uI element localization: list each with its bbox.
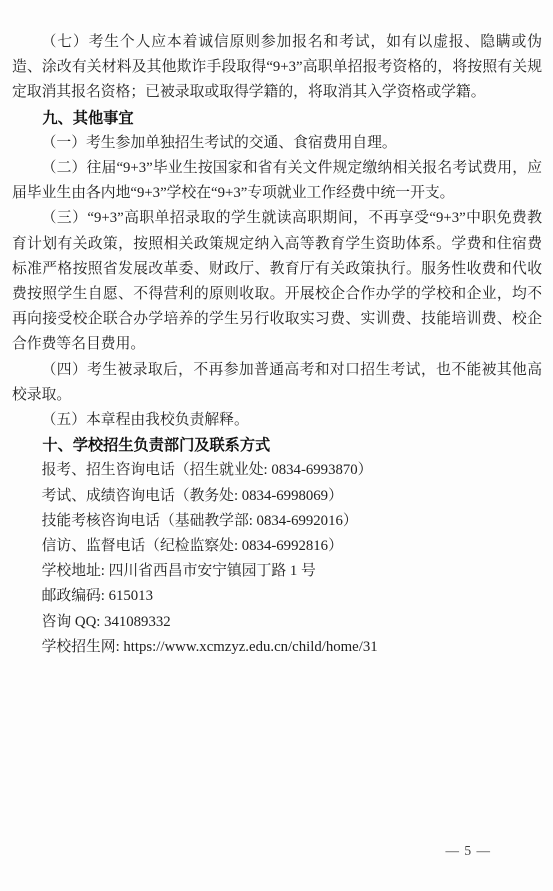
contact-line-school-address: 学校地址: 四川省西昌市安宁镇园丁路 1 号 (12, 559, 542, 584)
paragraph-other-5-interpretation: （五）本章程由我校负责解释。 (12, 408, 542, 433)
page-number: — 5 — (446, 843, 492, 858)
contact-line-enrollment-phone: 报考、招生咨询电话（招生就业处: 0834-6993870） (12, 458, 542, 483)
page-footer: — 5 — (446, 841, 492, 861)
contact-line-admissions-website: 学校招生网: https://www.xcmzyz.edu.cn/child/h… (12, 635, 542, 660)
contact-line-qq: 咨询 QQ: 341089332 (12, 610, 542, 635)
document-body: （七）考生个人应本着诚信原则参加报名和考试，如有以虚报、隐瞒或伪造、涂改有关材料… (12, 30, 542, 660)
paragraph-other-2-exam-fees: （二）往届“9+3”毕业生按国家和省有关文件规定缴纳相关报名考试费用，应届毕业生… (12, 156, 542, 206)
contact-line-skill-test-phone: 技能考核咨询电话（基础教学部: 0834-6992016） (12, 509, 542, 534)
contact-line-postal-code: 邮政编码: 615013 (12, 584, 542, 609)
paragraph-other-4-no-gaokao: （四）考生被录取后，不再参加普通高考和对口招生考试，也不能被其他高校录取。 (12, 358, 542, 408)
document-page: （七）考生个人应本着诚信原则参加报名和考试，如有以虚报、隐瞒或伪造、涂改有关材料… (0, 0, 553, 891)
section-heading-contact-info: 十、学校招生负责部门及联系方式 (12, 433, 542, 458)
paragraph-other-1-travel-costs: （一）考生参加单独招生考试的交通、食宿费用自理。 (12, 131, 542, 156)
paragraph-other-3-tuition-policy: （三）“9+3”高职单招录取的学生就读高职期间，不再享受“9+3”中职免费教育计… (12, 206, 542, 357)
contact-line-supervision-phone: 信访、监督电话（纪检监察处: 0834-6992816） (12, 534, 542, 559)
contact-line-exam-phone: 考试、成绩咨询电话（教务处: 0834-6998069） (12, 484, 542, 509)
paragraph-integrity-clause: （七）考生个人应本着诚信原则参加报名和考试，如有以虚报、隐瞒或伪造、涂改有关材料… (12, 30, 542, 106)
section-heading-other-matters: 九、其他事宜 (12, 106, 542, 131)
